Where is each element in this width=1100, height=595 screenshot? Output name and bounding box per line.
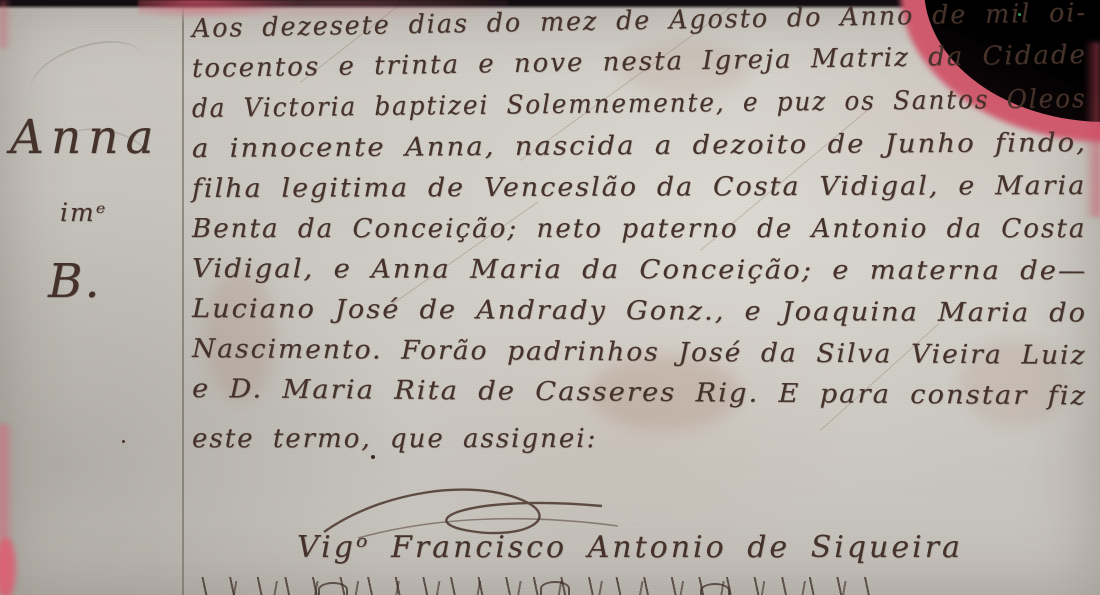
record-line-text: este termo, que assignei: — [192, 424, 597, 454]
record-line: filha legitima de Venceslão da Costa Vid… — [192, 174, 1092, 214]
record-line: a innocente Anna, nascida a dezoito de J… — [192, 134, 1092, 174]
margin-initial-b: B. — [48, 254, 101, 309]
margin-baptized-name: Anna — [10, 110, 161, 165]
record-line: e D. Maria Rita de Casseres Rig. E para … — [192, 374, 1092, 414]
record-line-text: filha legitima de Venceslão da Costa Vid… — [192, 171, 1086, 204]
signature-text: Vigᵒ Francisco Antonio de Siqueira — [297, 530, 963, 565]
record-line-text: Nascimento. Forão padrinhos José da Silv… — [192, 334, 1087, 371]
margin-rule-line — [182, 6, 184, 595]
record-line: Benta da Conceição; neto paterno de Anto… — [192, 214, 1092, 254]
record-line-text: a innocente Anna, nascida a dezoito de J… — [192, 128, 1087, 164]
record-line: Luciano José de Andrady Gonz., e Joaquin… — [192, 294, 1092, 334]
vicar-signature: Vigᵒ Francisco Antonio de Siqueira — [297, 530, 1092, 570]
record-line: Vidigal, e Anna Maria da Conceição; e ma… — [192, 254, 1092, 294]
record-line-text: Benta da Conceição; neto paterno de Anto… — [192, 214, 1086, 244]
record-line-text: Luciano José de Andrady Gonz., e Joaquin… — [192, 294, 1087, 328]
record-closing-line: este termo, que assignei: — [192, 424, 1092, 466]
record-line-text: Vidigal, e Anna Maria da Conceição; e ma… — [192, 254, 1088, 286]
register-page-photo: Anna imᵉ B. Aos dezesete dias do mez de … — [0, 0, 1100, 595]
margin-abbreviation: imᵉ — [60, 198, 107, 227]
record-line-text: e D. Maria Rita de Casseres Rig. E para … — [192, 374, 1087, 411]
baptismal-record-text: Aos dezesete dias do mez de Agosto do An… — [192, 14, 1092, 570]
record-line: Nascimento. Forão padrinhos José da Silv… — [192, 334, 1092, 374]
